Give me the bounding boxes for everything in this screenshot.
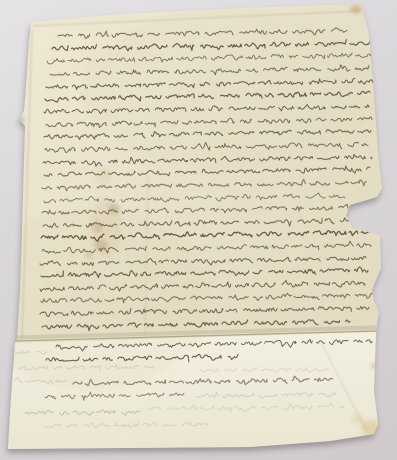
paper-stain [16, 115, 24, 125]
paper-stain [361, 420, 381, 436]
paper-stain [108, 204, 120, 214]
paper-stain [96, 167, 112, 185]
paper-stain [372, 365, 376, 368]
letter-photo-canvas [0, 0, 397, 460]
letter-photograph [0, 0, 397, 460]
